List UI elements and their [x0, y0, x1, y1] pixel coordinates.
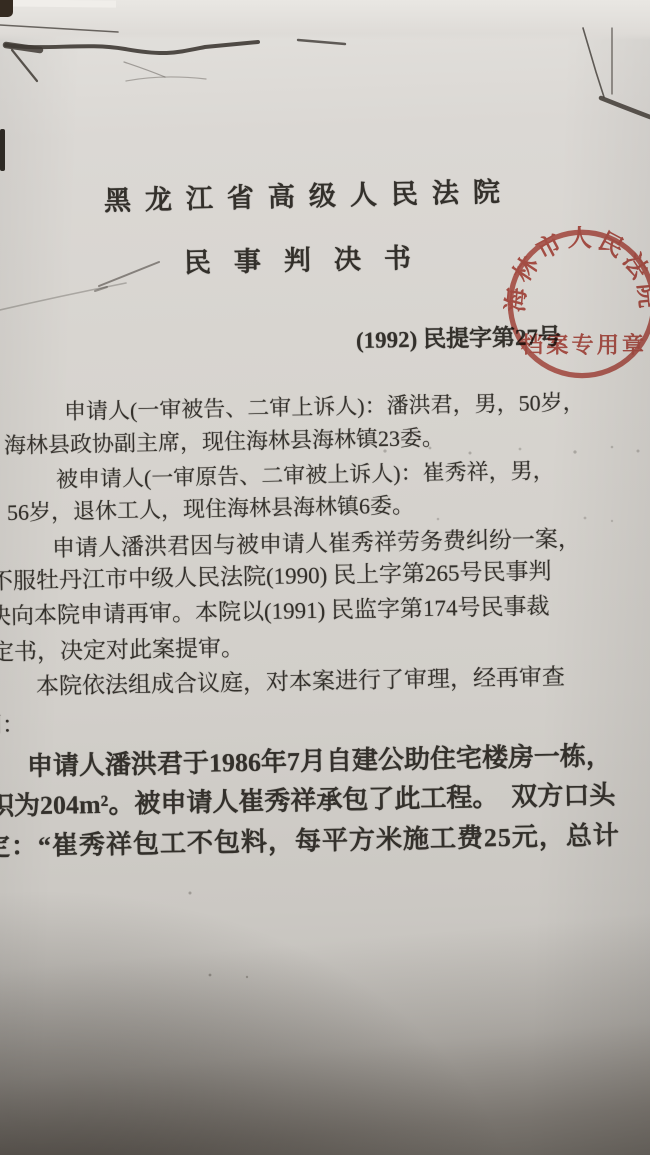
body-line: 申请人潘洪君于1986年7月自建公助住宅楼房一栋，: [27, 743, 612, 780]
scan-corner-blot: [0, 0, 13, 17]
body-line: 56岁，退休工人，现住海林县海林镇6委。: [7, 495, 414, 524]
body-line: 海林县政协副主席，现住海林县海林镇23委。: [4, 427, 444, 457]
case-number: (1992) 民提字第27号: [356, 325, 561, 352]
scanned-judgment-page: 黑龙江省高级人民法院 民事判决书 (1992) 民提字第27号 申请人(一审被告…: [0, 0, 650, 1155]
court-seal: 海林市人民法院 档案专用章: [503, 226, 650, 384]
body-line: 决向本院申请再审。本院以(1991) 民监字第174号民事裁: [0, 595, 550, 628]
body-line: 定书，决定对此案提审。: [0, 636, 244, 664]
document-type-title: 民事判决书: [184, 245, 435, 277]
paper-top-sliver: [6, 0, 116, 8]
body-line: 本院依法组成合议庭，对本案进行了审理，经再审查: [36, 665, 565, 698]
seal-arc-text: 海林市人民法院: [503, 226, 650, 313]
body-line: 申请人(一审被告、二审上诉人)：潘洪君，男，50岁，: [64, 391, 585, 423]
body-line: 积为204m²。被申请人崔秀祥承包了此工程。 双方口头: [0, 783, 616, 820]
body-line: 申请人潘洪君因与被申请人崔秀祥劳务费纠纷一案，: [52, 527, 581, 560]
body-line: 被申请人(一审原告、二审被上诉人)：崔秀祥，男，: [56, 460, 555, 491]
body-line: 约定：“崔秀祥包工不包料，每平方米施工费25元，总计: [0, 823, 620, 861]
body-line: 不服牡丹江市中级人民法院(1990) 民上字第265号民事判: [0, 560, 552, 593]
court-name-title: 黑龙江省高级人民法院: [104, 179, 515, 215]
body-line: 明：: [0, 713, 25, 737]
svg-text:海林市人民法院: 海林市人民法院: [503, 226, 650, 313]
scan-edge-blot: [0, 129, 5, 171]
